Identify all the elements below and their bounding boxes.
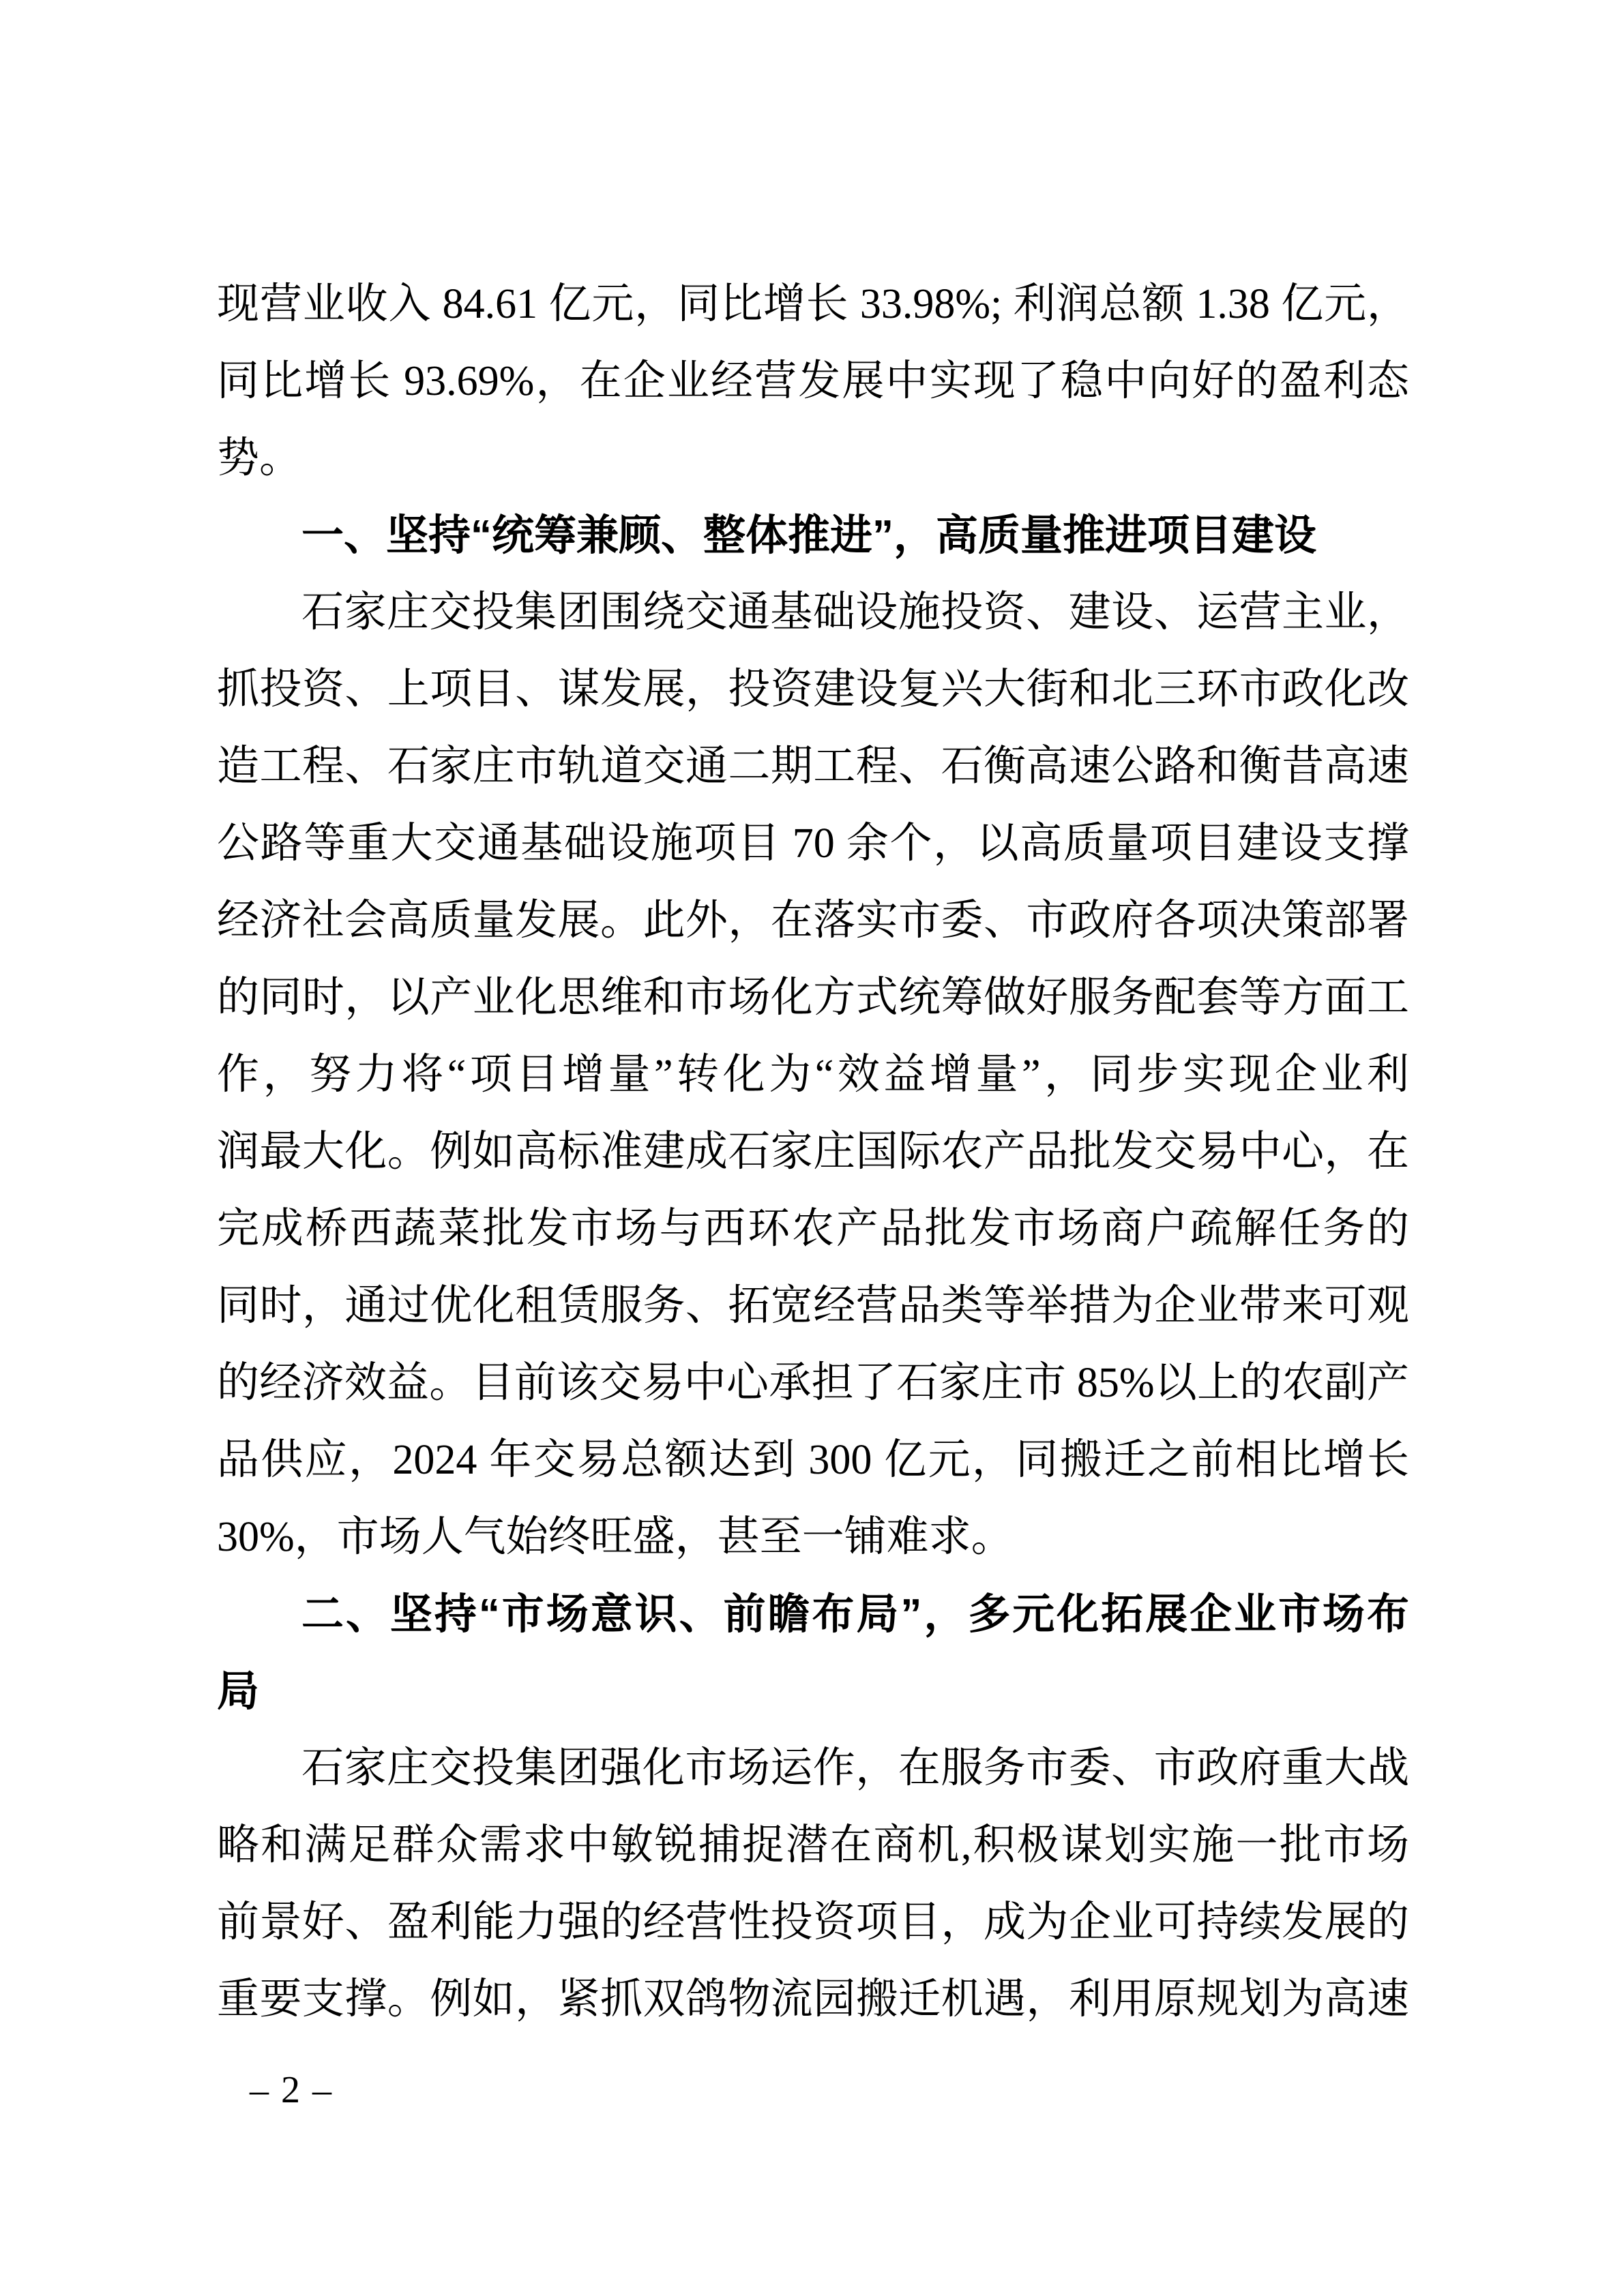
text-line: 品供应，2024 年交易总额达到 300 亿元，同搬迁之前相比增长 [217, 1422, 1409, 1499]
text-line: 公路等重大交通基础设施项目 70 余个，以高质量项目建设支撑 [217, 805, 1409, 882]
text-line: 的经济效益。目前该交易中心承担了石家庄市 85%以上的农副产 [217, 1345, 1409, 1422]
section-heading-2: 二、坚持“市场意识、前瞻布局”，多元化拓展企业市场布 [217, 1576, 1409, 1653]
text-line: 经济社会高质量发展。此外，在落实市委、市政府各项决策部署 [217, 882, 1409, 959]
text-line: 30%，市场人气始终旺盛，甚至一铺难求。 [217, 1499, 1409, 1576]
text-line: 同比增长 93.69%，在企业经营发展中实现了稳中向好的盈利态 [217, 343, 1409, 420]
text-line: 润最大化。例如高标准建成石家庄国际农产品批发交易中心，在 [217, 1114, 1409, 1191]
text-line: 前景好、盈利能力强的经营性投资项目，成为企业可持续发展的 [217, 1884, 1409, 1961]
text-line: 石家庄交投集团围绕交通基础设施投资、建设、运营主业， [217, 574, 1409, 651]
text-line: 同时，通过优化租赁服务、拓宽经营品类等举措为企业带来可观 [217, 1268, 1409, 1345]
section-heading-2-cont: 局 [217, 1653, 1409, 1730]
document-body: 现营业收入 84.61 亿元，同比增长 33.98%; 利润总额 1.38 亿元… [217, 266, 1409, 2038]
page-number: – 2 – [250, 2068, 333, 2113]
text-line: 势。 [217, 420, 1409, 497]
text-line: 石家庄交投集团强化市场运作，在服务市委、市政府重大战 [217, 1730, 1409, 1807]
text-line: 略和满足群众需求中敏锐捕捉潜在商机,积极谋划实施一批市场 [217, 1807, 1409, 1884]
text-line: 的同时，以产业化思维和市场化方式统筹做好服务配套等方面工 [217, 959, 1409, 1037]
text-line: 造工程、石家庄市轨道交通二期工程、石衡高速公路和衡昔高速 [217, 728, 1409, 805]
text-line: 作，努力将“项目增量”转化为“效益增量”，同步实现企业利 [217, 1037, 1409, 1114]
text-line: 重要支撑。例如，紧抓双鸽物流园搬迁机遇，利用原规划为高速 [217, 1961, 1409, 2038]
text-line: 现营业收入 84.61 亿元，同比增长 33.98%; 利润总额 1.38 亿元… [217, 266, 1409, 343]
document-page: 现营业收入 84.61 亿元，同比增长 33.98%; 利润总额 1.38 亿元… [0, 0, 1624, 2296]
text-line: 完成桥西蔬菜批发市场与西环农产品批发市场商户疏解任务的 [217, 1191, 1409, 1268]
text-line: 抓投资、上项目、谋发展，投资建设复兴大街和北三环市政化改 [217, 651, 1409, 728]
section-heading-1: 一、坚持“统筹兼顾、整体推进”，高质量推进项目建设 [217, 497, 1409, 574]
